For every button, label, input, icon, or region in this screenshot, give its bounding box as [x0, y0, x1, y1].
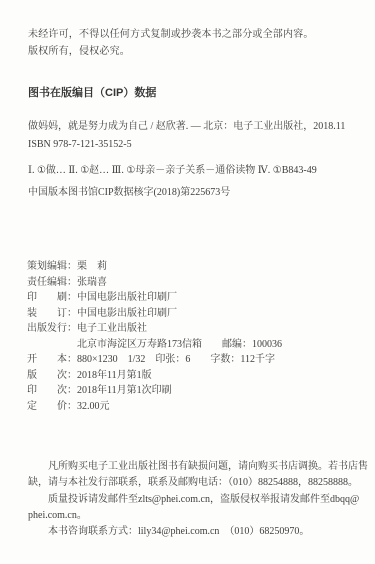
cip-record-number-line: 中国版本图书馆CIP数据核字(2018)第225673号 — [28, 183, 230, 198]
contact-line: 质量投诉请发邮件至zlts@phei.com.cn，盗版侵权举报请发邮件至dbq… — [28, 492, 368, 508]
cip-book-info: 做妈妈，就是努力成为自己 / 赵欣著. — 北京：电子工业出版社，2018.11… — [28, 118, 345, 154]
pub-row-value: 2018年11月第1版 — [77, 370, 152, 381]
pub-row-label: 印 次： — [27, 383, 77, 399]
pub-row-label: 责任编辑： — [27, 275, 77, 291]
pub-row-address: 北京市海淀区万寿路173信箱 邮编：100036 — [27, 337, 282, 353]
pub-row-value: 栗 莉 — [77, 261, 107, 272]
cip-heading: 图书在版编目（CIP）数据 — [28, 84, 156, 100]
pub-row-price: 定 价：32.00元 — [27, 399, 282, 415]
book-title-line: 做妈妈，就是努力成为自己 / 赵欣著. — 北京：电子工业出版社，2018.11 — [28, 118, 345, 136]
pub-row-print-run: 印 次：2018年11月第1次印刷 — [27, 383, 282, 399]
pub-row-format: 开 本：880×1230 1/32 印张：6 字数：112千字 — [27, 352, 282, 368]
contact-line: 本书咨询联系方式：lily34@phei.com.cn （010）6825097… — [28, 524, 368, 540]
copyright-notice: 未经许可，不得以任何方式复制或抄袭本书之部分或全部内容。 版权所有，侵权必究。 — [28, 26, 314, 60]
pub-row-label: 出版发行： — [27, 321, 77, 337]
pub-row-label: 版 次： — [27, 368, 77, 384]
copyright-notice-line: 版权所有，侵权必究。 — [28, 43, 314, 60]
pub-row-value: 2018年11月第1次印刷 — [77, 385, 172, 396]
pub-row-binder: 装 订：中国电影出版社印刷厂 — [27, 306, 282, 322]
contact-line: 凡所购买电子工业出版社图书有缺损问题，请向购买书店调换。若书店售 — [28, 459, 368, 475]
pub-row-planning-editor: 策划编辑：栗 莉 — [27, 259, 282, 275]
pub-row-publisher: 出版发行：电子工业出版社 — [27, 321, 282, 337]
pub-row-printer: 印 刷：中国电影出版社印刷厂 — [27, 290, 282, 306]
pub-row-label: 装 订： — [27, 306, 77, 322]
pub-row-edition: 版 次：2018年11月第1版 — [27, 368, 282, 384]
pub-row-label: 定 价： — [27, 399, 77, 415]
copyright-notice-line: 未经许可，不得以任何方式复制或抄袭本书之部分或全部内容。 — [28, 26, 314, 43]
pub-row-label: 印 刷： — [27, 290, 77, 306]
pub-row-value: 电子工业出版社 — [77, 323, 147, 334]
publication-info: 策划编辑：栗 莉 责任编辑：张瑞喜 印 刷：中国电影出版社印刷厂 装 订：中国电… — [27, 259, 282, 414]
contact-line: phei.com.cn。 — [28, 508, 368, 524]
pub-row-value: 北京市海淀区万寿路173信箱 邮编：100036 — [77, 339, 282, 350]
pub-row-value: 中国电影出版社印刷厂 — [77, 292, 177, 303]
pub-row-value: 中国电影出版社印刷厂 — [77, 308, 177, 319]
pub-row-value: 880×1230 1/32 印张：6 字数：112千字 — [77, 354, 275, 365]
copyright-page: 未经许可，不得以任何方式复制或抄袭本书之部分或全部内容。 版权所有，侵权必究。 … — [0, 0, 375, 564]
pub-row-label: 策划编辑： — [27, 259, 77, 275]
contact-info: 凡所购买电子工业出版社图书有缺损问题，请向购买书店调换。若书店售 缺，请与本社发… — [28, 459, 368, 540]
cip-classification-line: Ⅰ. ①做… Ⅱ. ①赵… Ⅲ. ①母亲－亲子关系－通俗读物 Ⅳ. ①B843-… — [28, 161, 317, 176]
contact-line: 缺，请与本社发行部联系，联系及邮购电话：（010）88254888，882588… — [28, 475, 368, 491]
isbn-line: ISBN 978-7-121-35152-5 — [28, 136, 345, 154]
pub-row-label: 开 本： — [27, 352, 77, 368]
pub-row-value: 32.00元 — [77, 401, 110, 412]
pub-row-responsible-editor: 责任编辑：张瑞喜 — [27, 275, 282, 291]
pub-row-value: 张瑞喜 — [77, 277, 107, 288]
